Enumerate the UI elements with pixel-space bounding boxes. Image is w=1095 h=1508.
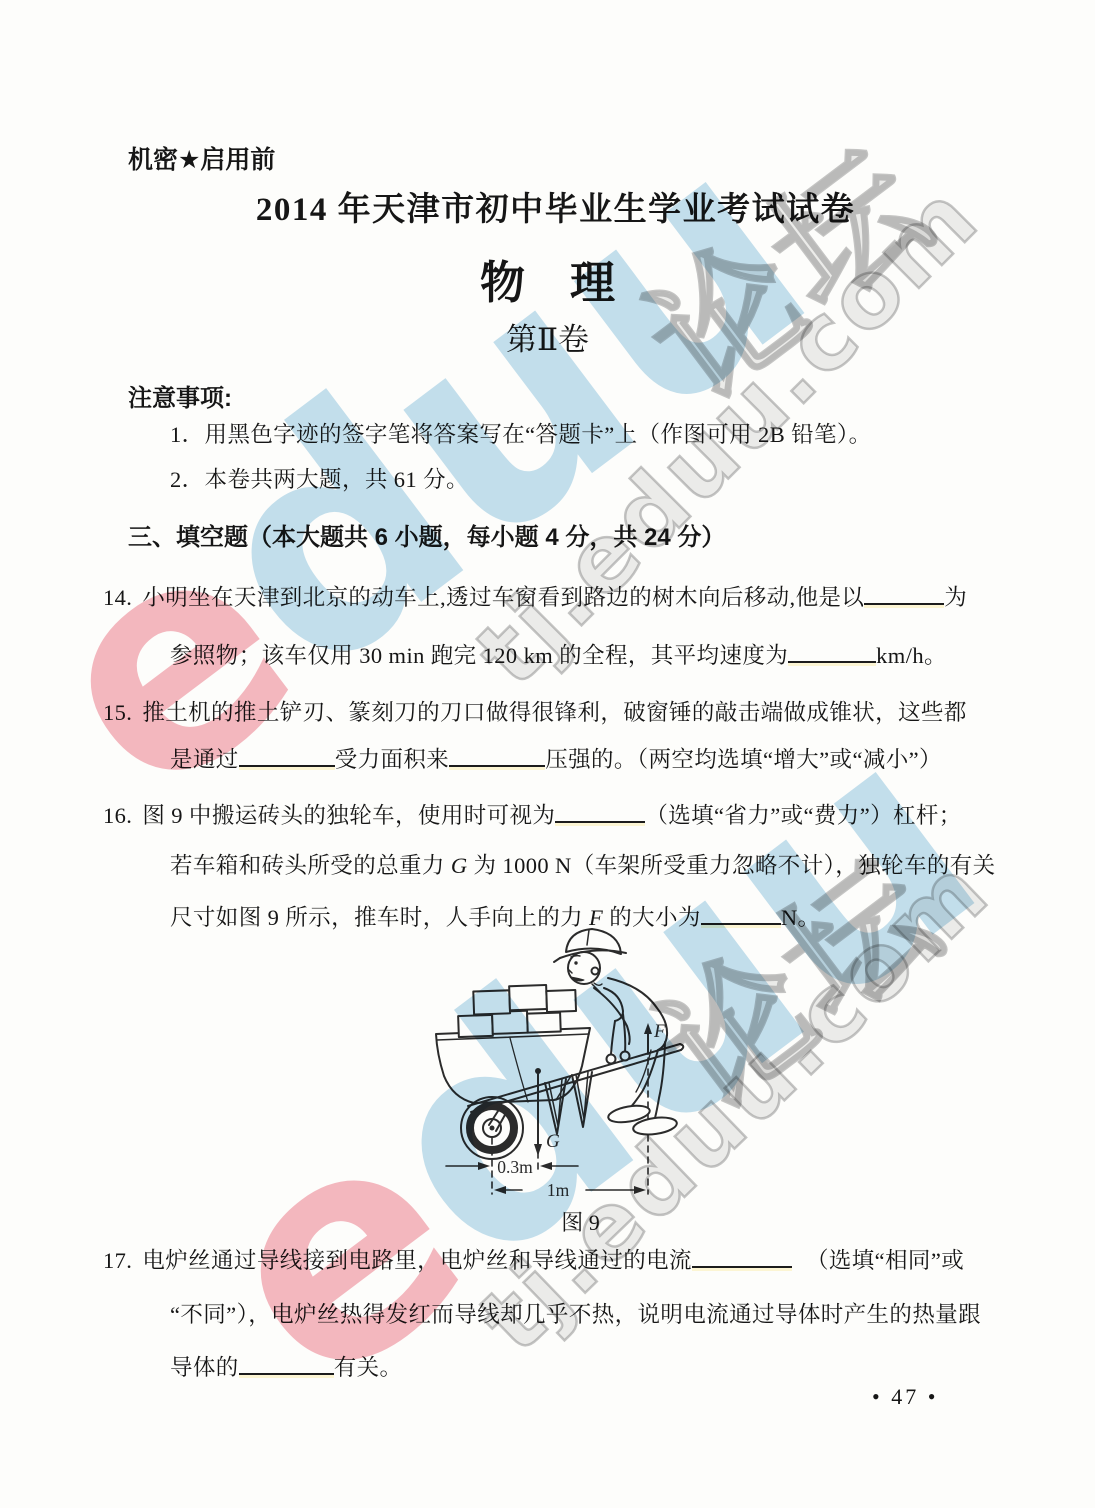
- q16-text-3: 若车箱和砖头所受的总重力: [170, 853, 451, 878]
- security-classification: 机密★启用前: [128, 140, 275, 176]
- q16-text-2: （选填“省力”或“费力”）杠杆；: [645, 803, 961, 828]
- q17-text-2: （选填“相同”或: [806, 1248, 964, 1273]
- label-1m: 1m: [547, 1180, 570, 1200]
- q17-blank-2: [239, 1351, 334, 1376]
- figure-9-wheelbarrow: G F 0.3m 1m: [408, 926, 753, 1211]
- q15-blank-1: [239, 743, 335, 768]
- q14-line2: 参照物；该车仅用 30 min 跑完 120 km 的全程，其平均速度为km/h…: [170, 638, 947, 670]
- q15-text-4: 压强的。（两空均选填“增大”或“减小”）: [545, 747, 942, 772]
- q14-blank-2: [788, 639, 876, 664]
- q16-symbol-G: G: [451, 853, 468, 878]
- q17-text-4: 导体的: [170, 1355, 239, 1380]
- q17-line2: “不同”），电炉丝热得发红而导线却几乎不热，说明电流通过导体时产生的热量跟: [170, 1297, 981, 1329]
- q17-line3: 导体的有关。: [170, 1350, 402, 1382]
- q17-number: 17.: [103, 1248, 132, 1274]
- q16-blank-2: [701, 901, 781, 926]
- notice-heading: 注意事项:: [128, 378, 232, 413]
- section-3-heading: 三、填空题（本大题共 6 小题，每小题 4 分，共 24 分）: [128, 517, 725, 552]
- notice-item-1: 1．用黑色字迹的签字笔将答案写在“答题卡”上（作图可用 2B 铅笔）。: [170, 417, 871, 449]
- q16-text-7: N。: [781, 905, 821, 930]
- q14-text-1: 小明坐在天津到北京的动车上,透过车窗看到路边的树木向后移动,他是以: [142, 585, 864, 610]
- q15-number: 15.: [103, 700, 132, 726]
- notice-item-2: 2．本卷共两大题，共 61 分。: [170, 462, 469, 494]
- q14-text-3: 参照物；该车仅用 30 min 跑完 120 km 的全程，其平均速度为: [170, 643, 788, 668]
- q17-text-1: 电炉丝通过导线接到电路里，电炉丝和导线通过的电流: [142, 1248, 692, 1273]
- label-0-3m: 0.3m: [497, 1157, 533, 1177]
- q15-line1: 15.推土机的推土铲刃、篆刻刀的刀口做得很锋利，破窗锤的敲击端做成锥状，这些都: [103, 695, 967, 727]
- dimension-1m: 1m: [494, 1180, 646, 1200]
- tray: [436, 1028, 590, 1103]
- q16-text-4: 为 1000 N（车架所受重力忽略不计），独轮车的有关: [467, 853, 995, 878]
- q14-line1: 14.小明坐在天津到北京的动车上,透过车窗看到路边的树木向后移动,他是以为: [103, 580, 967, 612]
- label-F: F: [653, 1021, 666, 1042]
- q16-blank-1: [555, 799, 645, 824]
- q15-text-3: 受力面积来: [335, 747, 450, 772]
- q16-text-1: 图 9 中搬运砖头的独轮车，使用时可视为: [142, 803, 555, 828]
- q17-text-3: “不同”），电炉丝热得发红而导线却几乎不热，说明电流通过导体时产生的热量跟: [170, 1302, 981, 1327]
- q15-text-2: 是通过: [170, 747, 239, 772]
- exam-title: 2014 年天津市初中毕业生学业考试试卷: [8, 183, 1095, 230]
- q14-blank-1: [864, 581, 944, 606]
- page-number: • 47 •: [872, 1384, 938, 1410]
- q17-blank-1: [692, 1244, 792, 1269]
- q16-number: 16.: [103, 803, 132, 829]
- subject-title: 物 理: [0, 246, 1095, 311]
- q15-text-1: 推土机的推土铲刃、篆刻刀的刀口做得很锋利，破窗锤的敲击端做成锥状，这些都: [142, 700, 966, 725]
- q14-text-2: 为: [944, 585, 967, 610]
- volume-title: 第Ⅱ卷: [0, 314, 1095, 359]
- q17-text-5: 有关。: [334, 1355, 403, 1380]
- q16-line1: 16.图 9 中搬运砖头的独轮车，使用时可视为（选填“省力”或“费力”）杠杆；: [103, 798, 962, 830]
- dimension-0-3m: 0.3m: [446, 1157, 578, 1177]
- q14-text-4: km/h。: [876, 643, 947, 668]
- q17-line1: 17.电炉丝通过导线接到电路里，电炉丝和导线通过的电流（选填“相同”或: [103, 1243, 964, 1275]
- q14-number: 14.: [103, 585, 132, 611]
- label-G: G: [546, 1131, 560, 1152]
- q15-blank-2: [449, 743, 545, 768]
- q15-line2: 是通过受力面积来压强的。（两空均选填“增大”或“减小”）: [170, 742, 942, 774]
- q16-line2: 若车箱和砖头所受的总重力 G 为 1000 N（车架所受重力忽略不计），独轮车的…: [170, 848, 996, 880]
- figure-9-caption: 图 9: [408, 1206, 753, 1237]
- bricks: [457, 984, 577, 1037]
